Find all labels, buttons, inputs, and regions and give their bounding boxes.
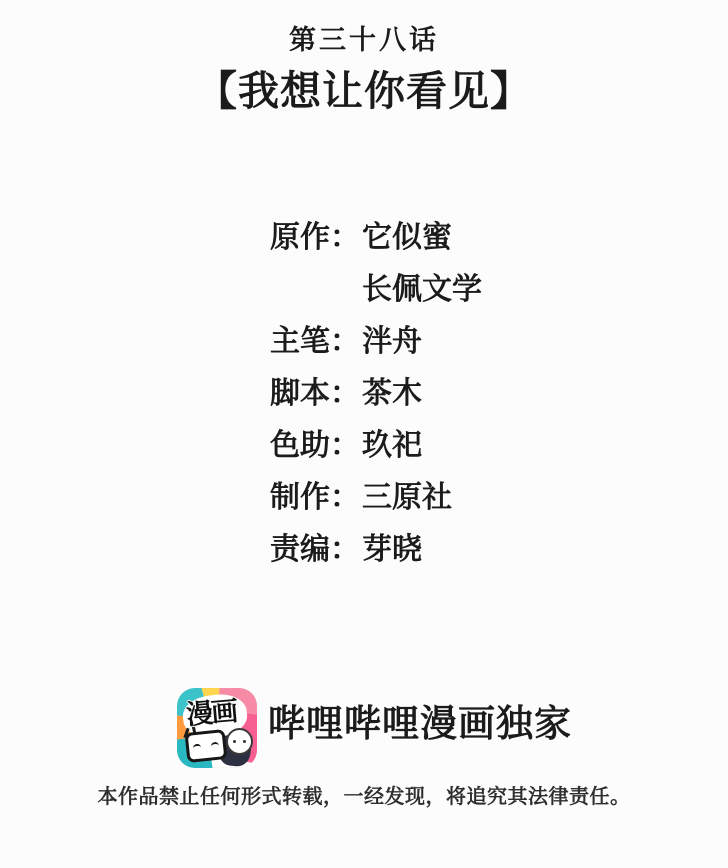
credit-value: 玖祀	[362, 429, 422, 462]
tv-eye-icon	[193, 744, 202, 753]
chapter-number: 第三十八话	[0, 24, 728, 56]
credit-label: 制作：	[270, 472, 362, 524]
logo-tv-mascot-icon	[185, 729, 228, 763]
credit-value: 泮舟	[362, 325, 422, 358]
tv-eye-icon	[211, 742, 220, 751]
logo-manhua-text: 漫画	[184, 689, 237, 732]
chapter-title: 【我想让你看见】	[0, 66, 728, 116]
credit-row-script: 脚本：茶木	[270, 368, 482, 420]
credit-label: 责编：	[270, 524, 362, 576]
publisher-row: 漫画 哔哩哔哩漫画独家	[0, 688, 728, 778]
credit-label: 原作：	[270, 212, 362, 264]
publisher-exclusive-label: 哔哩哔哩漫画独家	[268, 704, 572, 746]
mascot-eye-icon	[233, 740, 236, 743]
credit-row-color-assist: 色助：玖祀	[270, 420, 482, 472]
credit-value: 芽晓	[362, 533, 422, 566]
bilibili-manga-logo-icon: 漫画	[177, 688, 257, 768]
credit-label: 主笔：	[270, 316, 362, 368]
credit-row-lead-artist: 主笔：泮舟	[270, 316, 482, 368]
mascot-eye-icon	[243, 740, 246, 743]
credit-label: 脚本：	[270, 368, 362, 420]
credit-label: 色助：	[270, 420, 362, 472]
credit-row-original-author: 原作：它似蜜	[270, 212, 482, 264]
credit-value: 它似蜜	[362, 221, 452, 254]
credit-value: 茶木	[362, 377, 422, 410]
credit-row-editor: 责编：芽晓	[270, 524, 482, 576]
credit-value: 三原社	[362, 481, 452, 514]
logo-round-mascot-icon	[226, 728, 253, 755]
manga-credits-page: 第三十八话 【我想让你看见】 原作：它似蜜 长佩文学 主笔：泮舟 脚本：茶木 色…	[0, 0, 728, 868]
copyright-notice: 本作品禁止任何形式转载，一经发现，将追究其法律责任。	[0, 784, 728, 810]
credit-row-publisher-platform: 长佩文学	[270, 264, 482, 316]
credit-value: 长佩文学	[362, 273, 482, 306]
credit-row-production: 制作：三原社	[270, 472, 482, 524]
credits-list: 原作：它似蜜 长佩文学 主笔：泮舟 脚本：茶木 色助：玖祀 制作：三原社 责编：…	[270, 212, 482, 576]
